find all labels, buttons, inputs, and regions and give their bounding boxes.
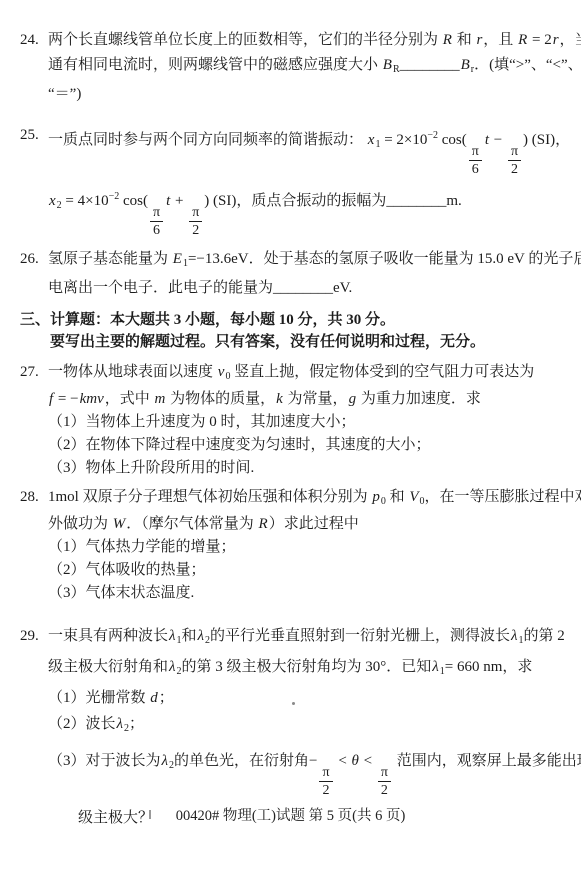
question-29-subitem-2: （2）波长λ2； — [48, 711, 567, 742]
question-24-line-1: 两个长直螺线管单位长度上的匝数相等，它们的半径分别为 R 和 r，且 R = 2… — [48, 28, 567, 53]
question-24-number: 24. — [20, 28, 48, 53]
question-28-body: 1mol 双原子分子理想气体初始压强和体积分别为 p0 和 V0，在一等压膨胀过… — [48, 486, 567, 605]
section-3-number: 三、 — [20, 309, 50, 331]
question-27-subitem-2: （2）在物体下降过程中速度变为匀速时，其速度的大小； — [48, 434, 567, 457]
question-29-number: 29. — [20, 623, 48, 649]
exam-paper-page: 24. 两个长直螺线管单位长度上的匝数相等，它们的半径分别为 R 和 r，且 R… — [0, 0, 581, 870]
question-24: 24. 两个长直螺线管单位长度上的匝数相等，它们的半径分别为 R 和 r，且 R… — [20, 28, 567, 107]
page-footer: 00420# 物理(工)试题 第 5 页(共 6 页) — [0, 804, 581, 825]
question-28-line-1: 1mol 双原子分子理想气体初始压强和体积分别为 p0 和 V0，在一等压膨胀过… — [48, 486, 567, 513]
question-24-body: 两个长直螺线管单位长度上的匝数相等，它们的半径分别为 R 和 r，且 R = 2… — [48, 28, 567, 107]
question-24-line-2: 通有相同电流时，则两螺线管中的磁感应强度大小 BR________Br．(填“>… — [48, 53, 567, 82]
question-28-number: 28. — [20, 486, 48, 509]
question-29-subitem-3: （3）对于波长为λ2的单色光，在衍射角−π2 < θ < π2 范围内，观察屏上… — [48, 742, 567, 806]
question-29-subitem-1: （1）光栅常数 d； — [48, 685, 567, 711]
question-27-subitem-1: （1）当物体上升速度为 0 时，其加速度大小； — [48, 411, 567, 434]
question-26-line-2: 电离出一个电子．此电子的能量为________eV. — [48, 276, 567, 301]
question-26-number: 26. — [20, 247, 48, 272]
question-28-subitem-2: （2）气体吸收的热量； — [48, 559, 567, 582]
question-26-line-1: 氢原子基态能量为 E1=−13.6eV．处于基态的氢原子吸收一能量为 15.0 … — [48, 247, 567, 276]
question-29-body: 一束具有两种波长λ1和λ2的平行光垂直照射到一衍射光栅上，测得波长λ1的第 2 … — [48, 623, 567, 832]
question-27-subitem-3: （3）物体上升阶段所用的时间. — [48, 457, 567, 480]
section-3-note: 要写出主要的解题过程。只有答案，没有任何说明和过程，无分。 — [50, 331, 567, 353]
question-25-line-1: 一质点同时参与两个同方向同频率的简谐振动： x1 = 2×10−2 cos(π6… — [48, 117, 567, 178]
question-24-line-3: “＝”) — [48, 82, 567, 107]
question-29-line-1: 一束具有两种波长λ1和λ2的平行光垂直照射到一衍射光栅上，测得波长λ1的第 2 — [48, 623, 567, 654]
question-28-line-2: 外做功为 W．（摩尔气体常量为 R）求此过程中 — [48, 513, 567, 536]
question-27-number: 27. — [20, 361, 48, 384]
question-28: 28. 1mol 双原子分子理想气体初始压强和体积分别为 p0 和 V0，在一等… — [20, 486, 567, 605]
section-3-title: 计算题：本大题共 3 小题，每小题 10 分，共 30 分。 — [50, 309, 567, 331]
question-29: 29. 一束具有两种波长λ1和λ2的平行光垂直照射到一衍射光栅上，测得波长λ1的… — [20, 623, 567, 832]
section-3-body: 计算题：本大题共 3 小题，每小题 10 分，共 30 分。 要写出主要的解题过… — [50, 309, 567, 353]
question-25-number: 25. — [20, 117, 48, 154]
question-26: 26. 氢原子基态能量为 E1=−13.6eV．处于基态的氢原子吸收一能量为 1… — [20, 247, 567, 301]
question-26-body: 氢原子基态能量为 E1=−13.6eV．处于基态的氢原子吸收一能量为 15.0 … — [48, 247, 567, 301]
question-28-subitem-1: （1）气体热力学能的增量； — [48, 536, 567, 559]
question-27-line-2: f = −kmv，式中 m 为物体的质量，k 为常量，g 为重力加速度．求 — [48, 388, 567, 411]
question-25-line-2: x2 = 4×10−2 cos(π6t + π2) (SI)，质点合振动的振幅为… — [48, 178, 567, 239]
question-29-line-2: 级主极大衍射角和λ2的第 3 级主极大衍射角均为 30°．已知λ1= 660 n… — [48, 654, 567, 685]
question-25-body: 一质点同时参与两个同方向同频率的简谐振动： x1 = 2×10−2 cos(π6… — [48, 117, 567, 239]
question-28-subitem-3: （3）气体末状态温度. — [48, 582, 567, 605]
section-3-header: 三、 计算题：本大题共 3 小题，每小题 10 分，共 30 分。 要写出主要的… — [20, 309, 567, 353]
question-27-line-1: 一物体从地球表面以速度 v0 竖直上抛，假定物体受到的空气阻力可表达为 — [48, 361, 567, 388]
scan-speck-artifact — [292, 702, 295, 705]
question-27-body: 一物体从地球表面以速度 v0 竖直上抛，假定物体受到的空气阻力可表达为 f = … — [48, 361, 567, 480]
question-27: 27. 一物体从地球表面以速度 v0 竖直上抛，假定物体受到的空气阻力可表达为 … — [20, 361, 567, 480]
question-25: 25. 一质点同时参与两个同方向同频率的简谐振动： x1 = 2×10−2 co… — [20, 117, 567, 239]
